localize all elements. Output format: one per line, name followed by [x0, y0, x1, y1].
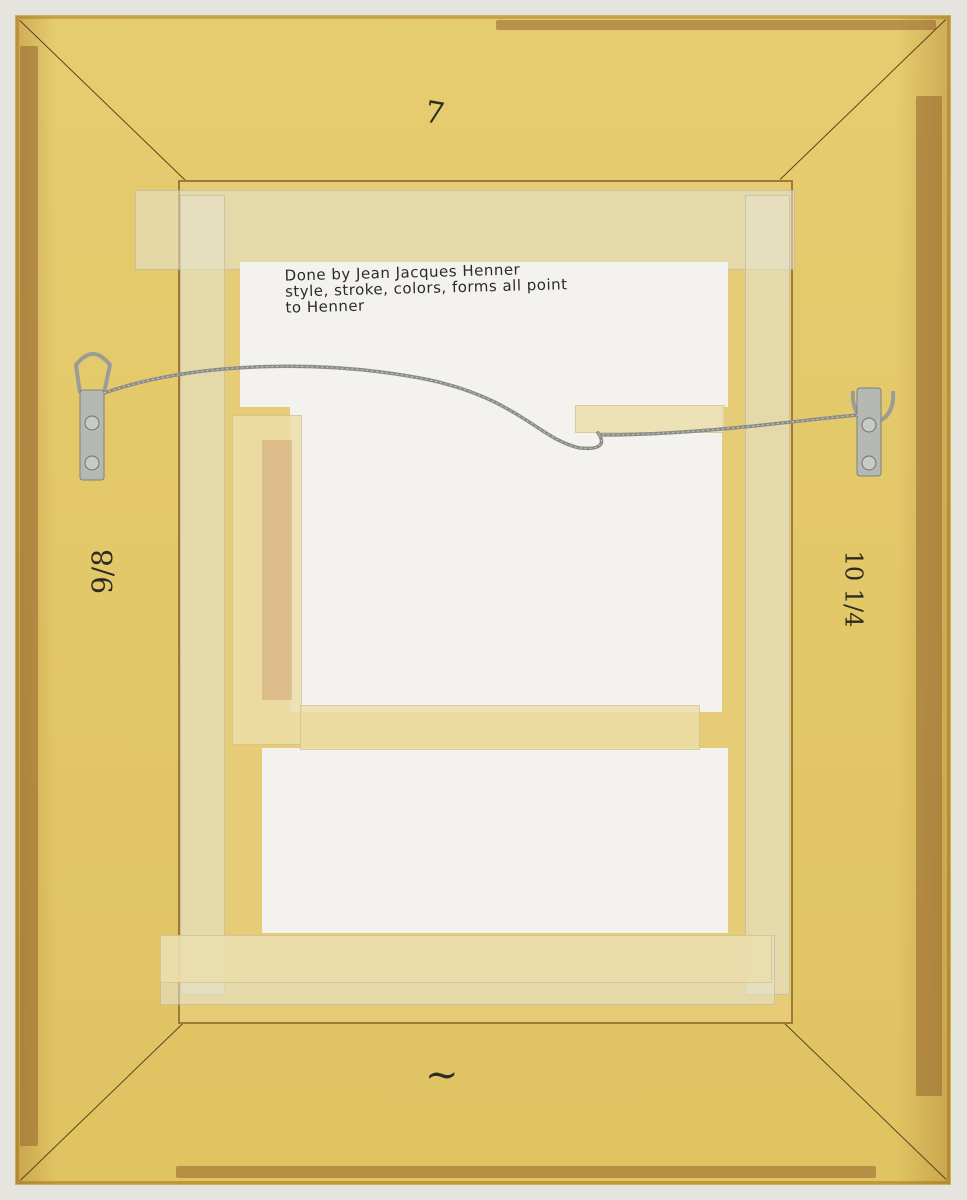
hanging-wire: [0, 0, 967, 1200]
